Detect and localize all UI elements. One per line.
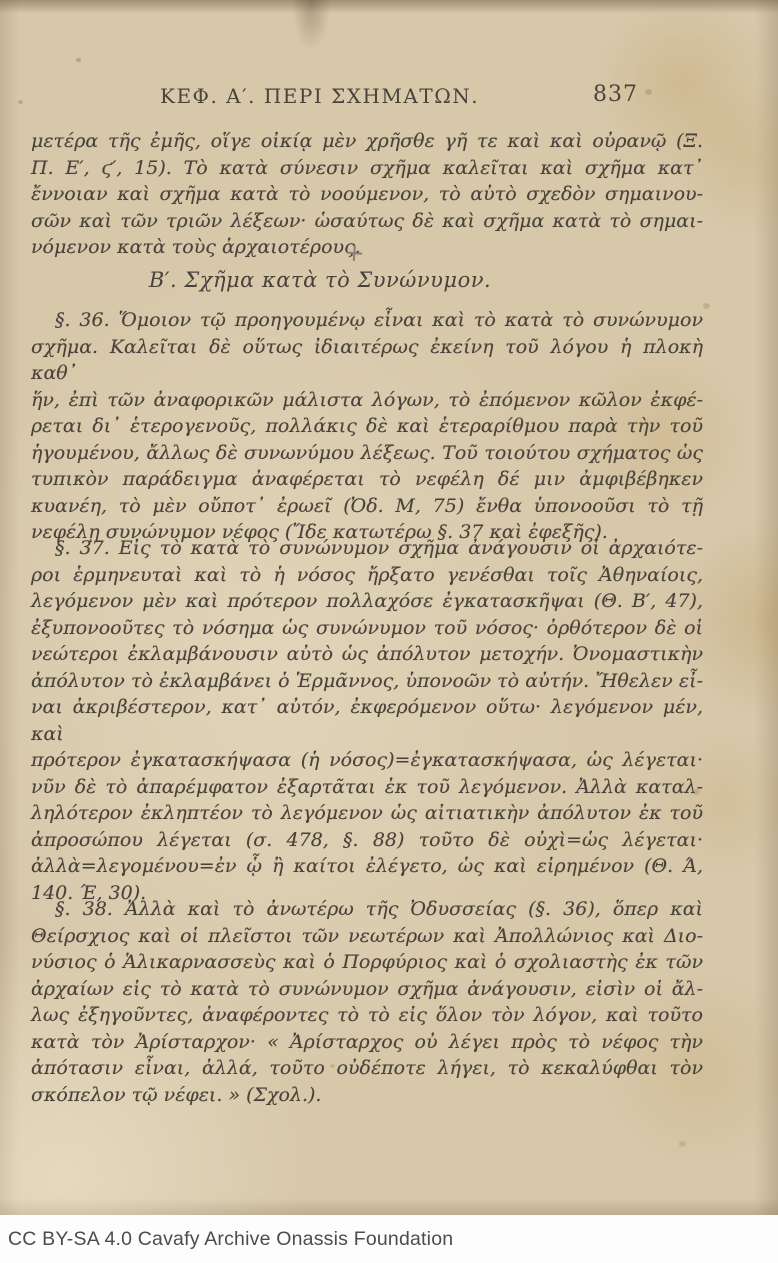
paragraph-36: §. 36. Ὅμοιον τῷ προηγουμένῳ εἶναι καὶ τ… xyxy=(31,307,703,546)
text-line: σχῆμα. Καλεῖται δὲ οὕτως ἰδιαιτέρως ἐκεί… xyxy=(31,334,703,387)
page-number: 837 xyxy=(593,82,638,107)
license-text: CC BY-SA 4.0 Cavafy Archive Onassis Foun… xyxy=(8,1228,453,1251)
screenshot-root: ΚΕΦ. Α′. ΠΕΡΙ ΣΧΗΜΑΤΩΝ. 837 μετέρα τῆς ἐ… xyxy=(0,0,778,1263)
text-line: ἀπροσώπου λέγεται (σ. 478, §. 88) τοῦτο … xyxy=(31,827,703,854)
text-line: νόμενον κατὰ τοὺς ἀρχαιοτέρους. xyxy=(31,234,703,261)
text-line: νύσιος ὁ Ἁλικαρνασσεὺς καὶ ὁ Πορφύριος κ… xyxy=(31,949,703,976)
text-line: ροι ἑρμηνευταὶ καὶ τὸ ἡ νόσος ἤρξατο γεν… xyxy=(31,562,703,589)
section-heading: Β′. Σχῆμα κατὰ τὸ Συνώνυμον. xyxy=(30,268,610,292)
text-line: ναι ἀκριβέστερον, κατ᾽ αὐτόν, ἐκφερόμενο… xyxy=(31,694,703,747)
text-line: ἔννοιαν καὶ σχῆμα κατὰ τὸ νοούμενον, τὸ … xyxy=(31,181,703,208)
text-line: κατὰ τὸν Ἀρίσταρχον· « Ἀρίσταρχος οὐ λέγ… xyxy=(31,1029,703,1056)
text-line: ληλότερον ἐκληπτέον τὸ λεγόμενον ὡς αἰτι… xyxy=(31,800,703,827)
text-line: ἀπόλυτον τὸ ἐκλαμβάνει ὁ Ἑρμᾶννος, ὑπονο… xyxy=(31,668,703,695)
text-line: σκόπελον τῷ νέφει. » (Σχολ.). xyxy=(31,1082,703,1109)
license-band: CC BY-SA 4.0 Cavafy Archive Onassis Foun… xyxy=(0,1215,778,1263)
paragraph-38: §. 38. Ἀλλὰ καὶ τὸ ἀνωτέρω τῆς Ὀδυσσείας… xyxy=(31,896,703,1108)
scanned-book-page: ΚΕΦ. Α′. ΠΕΡΙ ΣΧΗΜΑΤΩΝ. 837 μετέρα τῆς ἐ… xyxy=(0,0,778,1215)
text-line: κυανέη, τὸ μὲν οὔποτ᾽ ἐρωεῖ (Ὀδ. Μ, 75) … xyxy=(31,493,703,520)
text-line: §. 36. Ὅμοιον τῷ προηγουμένῳ εἶναι καὶ τ… xyxy=(31,307,703,334)
paper-stain-specks xyxy=(76,58,81,62)
text-line: σῶν καὶ τῶν τριῶν λέξεων· ὡσαύτως δὲ καὶ… xyxy=(31,208,703,235)
text-line: λως ἐξηγοῦντες, ἀναφέροντες τὸ τὸ εἰς ὅλ… xyxy=(31,1002,703,1029)
text-line: νεώτεροι ἐκλαμβάνουσιν αὐτὸ ὡς ἀπόλυτον … xyxy=(31,641,703,668)
text-line: Π. Ε′, ϛ′, 15). Τὸ κατὰ σύνεσιν σχῆμα κα… xyxy=(31,155,703,182)
text-line: πρότερον ἐγκατασκήψασα (ἡ νόσος)=ἐγκατασ… xyxy=(31,747,703,774)
text-line: ἀλλὰ=λεγομένου=ἐν ᾧ ἢ καίτοι ἐλέγετο, ὡς… xyxy=(31,853,703,880)
chapter-heading: ΚΕΦ. Α′. ΠΕΡΙ ΣΧΗΜΑΤΩΝ. xyxy=(160,84,479,108)
text-line: Θείρσχιος καὶ οἱ πλεῖστοι τῶν νεωτέρων κ… xyxy=(31,923,703,950)
text-line: §. 37. Εἰς τὸ κατὰ τὸ συνώνυμον σχῆμα ἀν… xyxy=(31,535,703,562)
text-line: ἡγουμένου, ἄλλως δὲ συνωνύμου λέξεως. Το… xyxy=(31,440,703,467)
text-line: νῦν δὲ τὸ ἀπαρέμφατον ἐξαρτᾶται ἐκ τοῦ λ… xyxy=(31,774,703,801)
text-line: ἐξυπονοοῦτες τὸ νόσημα ὡς συνώνυμον τοῦ … xyxy=(31,615,703,642)
text-line: μετέρα τῆς ἐμῆς, οἵγε οἰκίᾳ μὲν χρῆσθε γ… xyxy=(31,128,703,155)
text-line: §. 38. Ἀλλὰ καὶ τὸ ἀνωτέρω τῆς Ὀδυσσείας… xyxy=(31,896,703,923)
text-line: ρεται δι᾽ ἑτερογενοῦς, πολλάκις δὲ καὶ ἑ… xyxy=(31,413,703,440)
text-line: τυπικὸν παράδειγμα ἀναφέρεται τὸ νεφέλη … xyxy=(31,466,703,493)
text-line: λεγόμενον μὲν καὶ πρότερον πολλαχόσε ἐγκ… xyxy=(31,588,703,615)
text-line: ἀρχαίων εἰς τὸ κατὰ τὸ συνώνυμον σχῆμα ἀ… xyxy=(31,976,703,1003)
handwritten-cross-mark: + xyxy=(343,237,366,267)
text-line: ἥν, ἐπὶ τῶν ἀναφορικῶν μάλιστα λόγων, τὸ… xyxy=(31,387,703,414)
paragraph-37: §. 37. Εἰς τὸ κατὰ τὸ συνώνυμον σχῆμα ἀν… xyxy=(31,535,703,906)
page-header: ΚΕΦ. Α′. ΠΕΡΙ ΣΧΗΜΑΤΩΝ. 837 xyxy=(0,84,778,112)
text-line: ἀπότασιν εἶναι, ἀλλά, τοῦτο οὐδέποτε λήγ… xyxy=(31,1055,703,1082)
paragraph-intro-continuation: μετέρα τῆς ἐμῆς, οἵγε οἰκίᾳ μὲν χρῆσθε γ… xyxy=(31,128,703,261)
